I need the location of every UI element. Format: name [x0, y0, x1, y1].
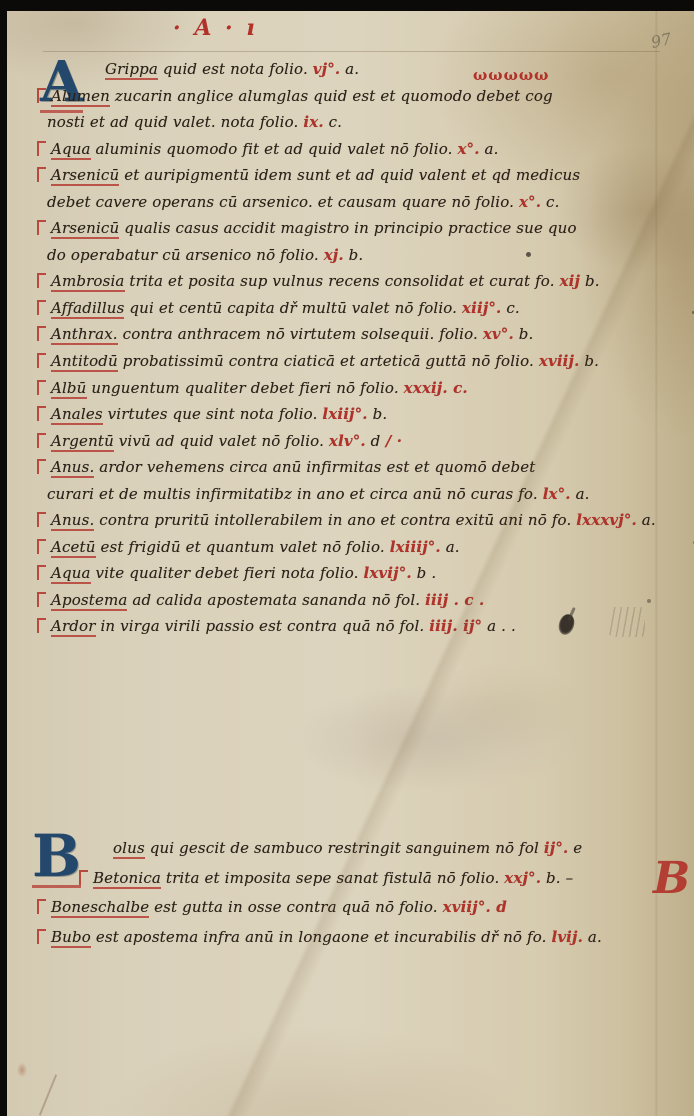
text-segment: vite qualiter debet fieri nota folio.: [91, 564, 364, 582]
text-segment: trita et imposita sepe sanat fistulā nō …: [161, 869, 504, 887]
index-line: Affadillus qui et centū capita dř multū …: [37, 295, 687, 322]
text-segment: Acetū: [51, 538, 96, 558]
text-segment: ardor vehemens circa anū infirmitas est …: [94, 458, 535, 476]
index-line: Anus. ardor vehemens circa anū infirmita…: [37, 454, 687, 481]
text-segment: Boneschalbe: [51, 898, 149, 918]
paragraph-mark-icon: [37, 380, 46, 395]
index-line: Arsenicū qualis casus accidit magistro i…: [37, 215, 687, 242]
paragraph-mark-icon: [37, 141, 46, 156]
index-line: Acetū est frigidū et quantum valet nō fo…: [37, 534, 687, 561]
text-segment: c.: [541, 193, 559, 211]
index-section-b: olus qui gescit de sambuco restringit sa…: [37, 834, 687, 952]
text-segment: iiij . c .: [425, 591, 484, 609]
text-segment: xlv°.: [329, 432, 366, 450]
text-segment: probatissimū contra ciaticā et arteticā …: [118, 352, 539, 370]
text-segment: lvij.: [551, 928, 583, 946]
text-segment: quid est nota folio.: [158, 60, 313, 78]
text-segment: Antitodū: [51, 352, 118, 372]
index-line: Aqua aluminis quomodo fit et ad quid val…: [37, 136, 687, 163]
paragraph-mark-icon: [37, 300, 46, 315]
red-stain: [17, 1063, 27, 1077]
text-segment: est gutta in osse contra quā nō folio.: [149, 898, 442, 916]
index-line: Anus. contra pruritū intollerabilem in a…: [37, 507, 687, 534]
index-line: debet cavere operans cū arsenico. et cau…: [47, 189, 687, 216]
index-line: Apostema ad calida apostemata sananda nō…: [37, 587, 687, 614]
text-segment: olus: [113, 839, 145, 859]
text-segment: / ·: [380, 432, 402, 450]
index-line: nosti et ad quid valet. nota folio. ix. …: [47, 109, 687, 136]
text-segment: Anus.: [51, 458, 94, 478]
paragraph-mark-icon: [37, 512, 46, 527]
index-line: olus qui gescit de sambuco restringit sa…: [113, 834, 687, 864]
text-segment: e: [568, 839, 582, 857]
index-line: Ardor in virga virili passio est contra …: [37, 613, 687, 640]
text-segment: Betonica: [93, 869, 161, 889]
paragraph-mark-icon: [37, 899, 46, 914]
text-segment: a.: [571, 485, 590, 503]
text-segment: ad calida apostemata sananda nō fol.: [127, 591, 425, 609]
text-segment: a.: [637, 511, 656, 529]
running-header-letter: · A · ı: [173, 15, 258, 41]
text-segment: do operabatur cū arsenico nō folio.: [47, 246, 324, 264]
text-segment: xv°.: [483, 325, 514, 343]
text-segment: Anales: [51, 405, 103, 425]
index-line: Grippa quid est nota folio. vj°. a.: [105, 56, 687, 83]
index-line: Bubo est apostema infra anū in longaone …: [37, 923, 687, 953]
text-segment: xxxij. c.: [404, 379, 468, 397]
text-segment: qui gescit de sambuco restringit sanguin…: [145, 839, 544, 857]
parchment-page: · A · ı 97 ωωωωω A B B Grippa quid est n…: [7, 11, 694, 1116]
text-segment: a.: [340, 60, 359, 78]
text-segment: xij: [560, 272, 581, 290]
text-segment: ij°.: [544, 839, 568, 857]
paragraph-mark-icon: [37, 565, 46, 580]
index-line: do operabatur cū arsenico nō folio. xj. …: [47, 242, 687, 269]
paragraph-mark-icon: [37, 353, 46, 368]
index-line: Alumen zucarin anglice alumglas quid est…: [37, 83, 687, 110]
text-segment: b.: [344, 246, 364, 264]
text-segment: lx°.: [543, 485, 571, 503]
text-segment: c.: [324, 113, 342, 131]
text-segment: Aqua: [51, 564, 91, 584]
text-segment: Aqua: [51, 140, 91, 160]
index-line: Boneschalbe est gutta in osse contra quā…: [37, 893, 687, 923]
text-segment: b.: [579, 352, 599, 370]
text-segment: b.: [514, 325, 534, 343]
index-line: Anthrax. contra anthracem nō virtutem so…: [37, 321, 687, 348]
text-segment: Grippa: [105, 60, 158, 80]
text-segment: aluminis quomodo fit et ad quid valet nō…: [91, 140, 458, 158]
text-segment: b. –: [541, 869, 573, 887]
text-segment: b.: [368, 405, 388, 423]
text-segment: zucarin anglice alumglas quid est et quo…: [110, 87, 553, 105]
text-segment: vj°.: [313, 60, 340, 78]
text-segment: xviij°. d: [443, 898, 507, 916]
index-line: Aqua vite qualiter debet fieri nota foli…: [37, 560, 687, 587]
text-segment: a . .: [482, 617, 516, 635]
paragraph-mark-icon: [37, 273, 46, 288]
text-segment: Apostema: [51, 591, 127, 611]
text-segment: contra pruritū intollerabilem in ano et …: [94, 511, 576, 529]
text-segment: x°.: [457, 140, 479, 158]
text-segment: a.: [583, 928, 602, 946]
paragraph-mark-icon: [37, 433, 46, 448]
show-through-stain: [287, 683, 587, 793]
text-segment: Ambrosia: [51, 272, 125, 292]
text-segment: c.: [501, 299, 519, 317]
index-section-a: Grippa quid est nota folio. vj°. a.Alume…: [37, 56, 687, 640]
text-segment: xj.: [324, 246, 344, 264]
index-line: Betonica trita et imposita sepe sanat fi…: [79, 864, 687, 894]
text-segment: a.: [480, 140, 499, 158]
paragraph-mark-icon: [37, 406, 46, 421]
index-line: curari et de multis infirmitatibz in ano…: [47, 481, 687, 508]
text-segment: Arsenicū: [51, 166, 119, 186]
text-segment: Arsenicū: [51, 219, 119, 239]
text-segment: contra anthracem nō virtutem solsequii. …: [118, 325, 483, 343]
paragraph-mark-icon: [37, 326, 46, 341]
text-segment: b.: [580, 272, 600, 290]
text-segment: d: [366, 432, 381, 450]
text-segment: Albū: [51, 379, 87, 399]
index-line: Argentū vivū ad quid valet nō folio. xlv…: [37, 428, 687, 455]
index-line: Anales virtutes que sint nota folio. lxi…: [37, 401, 687, 428]
index-line: Arsenicū et auripigmentū idem sunt et ad…: [37, 162, 687, 189]
text-segment: Bubo: [51, 928, 91, 948]
paragraph-mark-icon: [37, 220, 46, 235]
text-segment: vivū ad quid valet nō folio.: [114, 432, 329, 450]
text-segment: xviij.: [539, 352, 580, 370]
text-segment: lxiiij°.: [390, 538, 441, 556]
text-segment: Alumen: [51, 87, 110, 107]
manuscript-photo: · A · ı 97 ωωωωω A B B Grippa quid est n…: [0, 0, 694, 1116]
text-segment: a.: [441, 538, 460, 556]
text-segment: iiij. ij°: [429, 617, 482, 635]
text-segment: lxvij°.: [363, 564, 411, 582]
text-segment: trita et posita sup vulnus recens consol…: [125, 272, 560, 290]
text-segment: xiij°.: [462, 299, 501, 317]
text-segment: ix.: [303, 113, 323, 131]
text-segment: Anus.: [51, 511, 94, 531]
text-segment: in virga virili passio est contra quā nō…: [96, 617, 430, 635]
index-line: Antitodū probatissimū contra ciaticā et …: [37, 348, 687, 375]
text-segment: est apostema infra anū in longaone et in…: [91, 928, 552, 946]
paragraph-mark-icon: [37, 929, 46, 944]
paragraph-mark-icon: [37, 618, 46, 633]
text-segment: nosti et ad quid valet. nota folio.: [47, 113, 303, 131]
paragraph-mark-icon: [37, 539, 46, 554]
text-segment: debet cavere operans cū arsenico. et cau…: [47, 193, 519, 211]
index-line: Ambrosia trita et posita sup vulnus rece…: [37, 268, 687, 295]
text-segment: Affadillus: [51, 299, 124, 319]
paragraph-mark-icon: [37, 592, 46, 607]
paragraph-mark-icon: [37, 459, 46, 474]
paragraph-mark-icon: [37, 167, 46, 182]
text-segment: b .: [412, 564, 437, 582]
parchment-scratch: [39, 1074, 57, 1116]
text-segment: qualis casus accidit magistro in princip…: [119, 219, 576, 237]
text-segment: Anthrax.: [51, 325, 118, 345]
text-segment: Ardor: [51, 617, 96, 637]
paragraph-mark-icon: [79, 870, 88, 885]
text-segment: virtutes que sint nota folio.: [103, 405, 323, 423]
text-segment: qui et centū capita dř multū valet nō fo…: [124, 299, 462, 317]
text-segment: curari et de multis infirmitatibz in ano…: [47, 485, 543, 503]
paragraph-mark-icon: [37, 88, 46, 103]
ruling-line: [43, 51, 660, 52]
folio-number: 97: [649, 29, 673, 52]
text-segment: unguentum qualiter debet fieri nō folio.: [87, 379, 404, 397]
index-line: Albū unguentum qualiter debet fieri nō f…: [37, 375, 687, 402]
text-segment: xxj°.: [504, 869, 541, 887]
text-segment: Argentū: [51, 432, 114, 452]
text-segment: x°.: [519, 193, 541, 211]
text-segment: est frigidū et quantum valet nō folio.: [96, 538, 390, 556]
text-segment: lxxxvj°.: [576, 511, 637, 529]
text-segment: et auripigmentū idem sunt et ad quid val…: [119, 166, 580, 184]
text-segment: lxiij°.: [322, 405, 367, 423]
